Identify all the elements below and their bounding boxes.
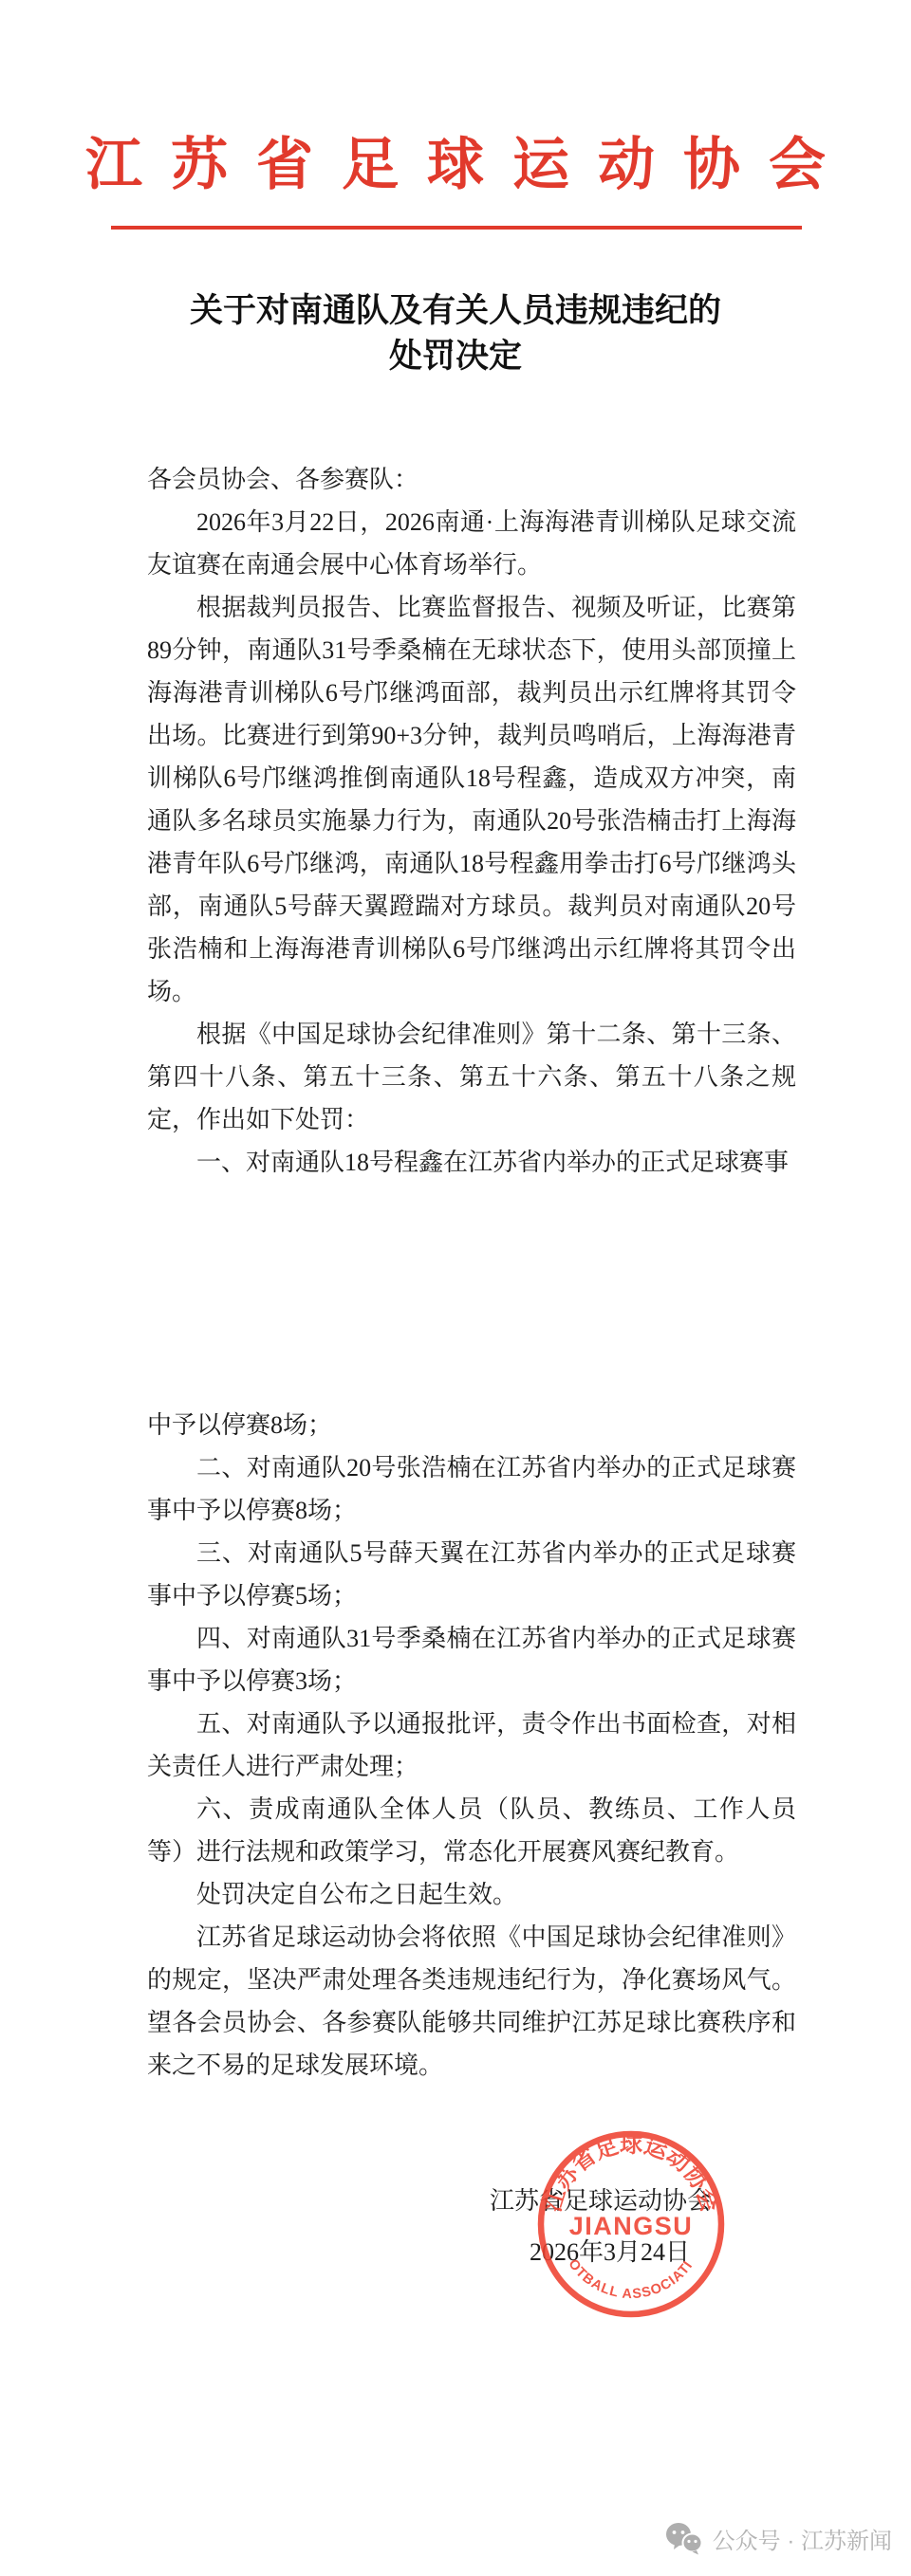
- ruling-1-continuation: 中予以停赛8场；: [147, 1404, 796, 1446]
- ruling-6: 六、责成南通队全体人员（队员、教练员、工作人员等）进行法规和政策学习，常态化开展…: [147, 1788, 796, 1873]
- wechat-official-account-icon: [665, 2521, 703, 2555]
- stamp-center-text: JIANGSU: [569, 2212, 694, 2240]
- closing-paragraph: 江苏省足球运动协会将依照《中国足球协会纪律准则》的规定，坚决严肃处理各类违规违纪…: [147, 1916, 796, 2087]
- body-text-page2: 中予以停赛8场； 二、对南通队20号张浩楠在江苏省内举办的正式足球赛事中予以停赛…: [147, 1404, 796, 2087]
- paragraph-event: 2026年3月22日，2026南通·上海海港青训梯队足球交流友谊赛在南通会展中心…: [147, 501, 796, 586]
- document-page: 江苏省足球运动协会 关于对南通队及有关人员违规违纪的 处罚决定 各会员协会、各参…: [0, 0, 911, 2576]
- document-title-line1: 关于对南通队及有关人员违规违纪的: [0, 288, 911, 334]
- body-text-page1: 各会员协会、各参赛队： 2026年3月22日，2026南通·上海海港青训梯队足球…: [147, 458, 796, 1184]
- stamp-chinese-ring-text: 江苏省足球运动协会: [540, 2132, 723, 2215]
- official-seal-stamp: 江苏省足球运动协会 JIANGSU FOOTBALL ASSOCIATION: [534, 2127, 728, 2321]
- ruling-4: 四、对南通队31号季桑楠在江苏省内举办的正式足球赛事中予以停赛3场；: [147, 1617, 796, 1702]
- paragraph-incident: 根据裁判员报告、比赛监督报告、视频及听证，比赛第89分钟，南通队31号季桑楠在无…: [147, 586, 796, 1013]
- paragraph-basis: 根据《中国足球协会纪律准则》第十二条、第十三条、第四十八条、第五十三条、第五十六…: [147, 1013, 796, 1141]
- ruling-1-first-line: 一、对南通队18号程鑫在江苏省内举办的正式足球赛事: [147, 1141, 796, 1184]
- ruling-3: 三、对南通队5号薛天翼在江苏省内举办的正式足球赛事中予以停赛5场；: [147, 1532, 796, 1617]
- letterhead-org-name: 江苏省足球运动协会: [0, 131, 911, 199]
- document-title: 关于对南通队及有关人员违规违纪的 处罚决定: [0, 288, 911, 379]
- document-title-line2: 处罚决定: [0, 334, 911, 379]
- ruling-5: 五、对南通队予以通报批评，责令作出书面检查，对相关责任人进行严肃处理；: [147, 1702, 796, 1788]
- source-watermark-label: 公众号 · 江苏新闻: [713, 2522, 892, 2555]
- salutation: 各会员协会、各参赛队：: [147, 458, 796, 501]
- effective-date-statement: 处罚决定自公布之日起生效。: [147, 1873, 796, 1916]
- source-watermark: 公众号 · 江苏新闻: [665, 2521, 892, 2555]
- ruling-2: 二、对南通队20号张浩楠在江苏省内举办的正式足球赛事中予以停赛8场；: [147, 1446, 796, 1532]
- letterhead-divider-rule: [111, 226, 802, 230]
